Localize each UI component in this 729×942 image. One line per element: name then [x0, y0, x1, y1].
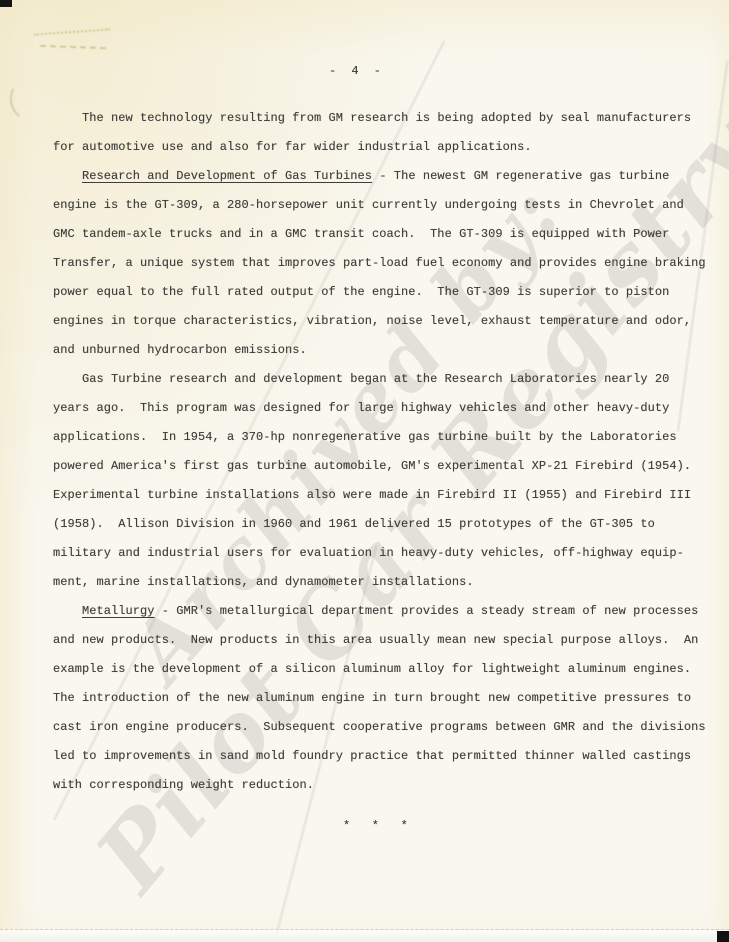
body-text: and unburned hydrocarbon emissions.: [53, 343, 307, 357]
end-of-section-asterisks: * * *: [343, 812, 408, 841]
document-page: Archived by: Pilot Car Registry - 4 - Th…: [0, 0, 729, 942]
corner-scan-mark: [0, 0, 12, 7]
body-text: led to improvements in sand mold foundry…: [53, 749, 691, 763]
typed-line: with corresponding weight reduction.: [53, 771, 713, 800]
typed-text: The new technology resulting from GM res…: [53, 104, 713, 800]
pencil-annotation: [34, 28, 110, 35]
corner-scan-mark: [717, 931, 729, 942]
typed-line: Gas Turbine research and development beg…: [53, 365, 713, 394]
typed-line: The introduction of the new aluminum eng…: [53, 684, 713, 713]
section-heading: Metallurgy: [82, 604, 155, 618]
body-text: cast iron engine producers. Subsequent c…: [53, 720, 706, 734]
typed-line: Research and Development of Gas Turbines…: [53, 162, 713, 191]
typed-line: example is the development of a silicon …: [53, 655, 713, 684]
section-heading: Research and Development of Gas Turbines: [82, 169, 372, 183]
typed-line: for automotive use and also for far wide…: [53, 133, 713, 162]
body-text: Transfer, a unique system that improves …: [53, 256, 706, 270]
typed-line: and new products. New products in this a…: [53, 626, 713, 655]
body-text: example is the development of a silicon …: [53, 662, 691, 676]
body-text: and new products. New products in this a…: [53, 633, 698, 647]
typed-line: powered America's first gas turbine auto…: [53, 452, 713, 481]
body-text: power equal to the full rated output of …: [53, 285, 669, 299]
body-text: (1958). Allison Division in 1960 and 196…: [53, 517, 655, 531]
page-number: - 4 -: [327, 62, 387, 80]
body-text: - The newest GM regenerative gas turbine: [372, 169, 669, 183]
typed-line: applications. In 1954, a 370-hp nonregen…: [53, 423, 713, 452]
body-text: with corresponding weight reduction.: [53, 778, 314, 792]
typed-line: years ago. This program was designed for…: [53, 394, 713, 423]
typed-line: engine is the GT-309, a 280-horsepower u…: [53, 191, 713, 220]
typed-line: Experimental turbine installations also …: [53, 481, 713, 510]
pencil-annotation: [40, 45, 106, 49]
body-text: engine is the GT-309, a 280-horsepower u…: [53, 198, 684, 212]
body-text: ment, marine installations, and dynamome…: [53, 575, 474, 589]
body-text: engines in torque characteristics, vibra…: [53, 314, 691, 328]
body-text: years ago. This program was designed for…: [53, 401, 669, 415]
body-text: military and industrial users for evalua…: [53, 546, 684, 560]
typed-line: led to improvements in sand mold foundry…: [53, 742, 713, 771]
typed-line: power equal to the full rated output of …: [53, 278, 713, 307]
body-text: The new technology resulting from GM res…: [82, 111, 691, 125]
typed-line: military and industrial users for evalua…: [53, 539, 713, 568]
scanner-bottom-edge: [0, 929, 729, 942]
body-text: - GMR's metallurgical department provide…: [155, 604, 699, 618]
body-text: applications. In 1954, a 370-hp nonregen…: [53, 430, 677, 444]
typed-line: engines in torque characteristics, vibra…: [53, 307, 713, 336]
typed-line: (1958). Allison Division in 1960 and 196…: [53, 510, 713, 539]
typed-line: Transfer, a unique system that improves …: [53, 249, 713, 278]
page-curl-mark: [6, 77, 48, 123]
typed-line: cast iron engine producers. Subsequent c…: [53, 713, 713, 742]
typed-line: and unburned hydrocarbon emissions.: [53, 336, 713, 365]
typed-line: Metallurgy - GMR's metallurgical departm…: [53, 597, 713, 626]
body-text: GMC tandem-axle trucks and in a GMC tran…: [53, 227, 669, 241]
typed-line: ment, marine installations, and dynamome…: [53, 568, 713, 597]
body-text: for automotive use and also for far wide…: [53, 140, 532, 154]
body-text: The introduction of the new aluminum eng…: [53, 691, 691, 705]
body-text: Gas Turbine research and development beg…: [82, 372, 669, 386]
typed-line: The new technology resulting from GM res…: [53, 104, 713, 133]
body-text: powered America's first gas turbine auto…: [53, 459, 691, 473]
typed-line: GMC tandem-axle trucks and in a GMC tran…: [53, 220, 713, 249]
body-text: Experimental turbine installations also …: [53, 488, 691, 502]
